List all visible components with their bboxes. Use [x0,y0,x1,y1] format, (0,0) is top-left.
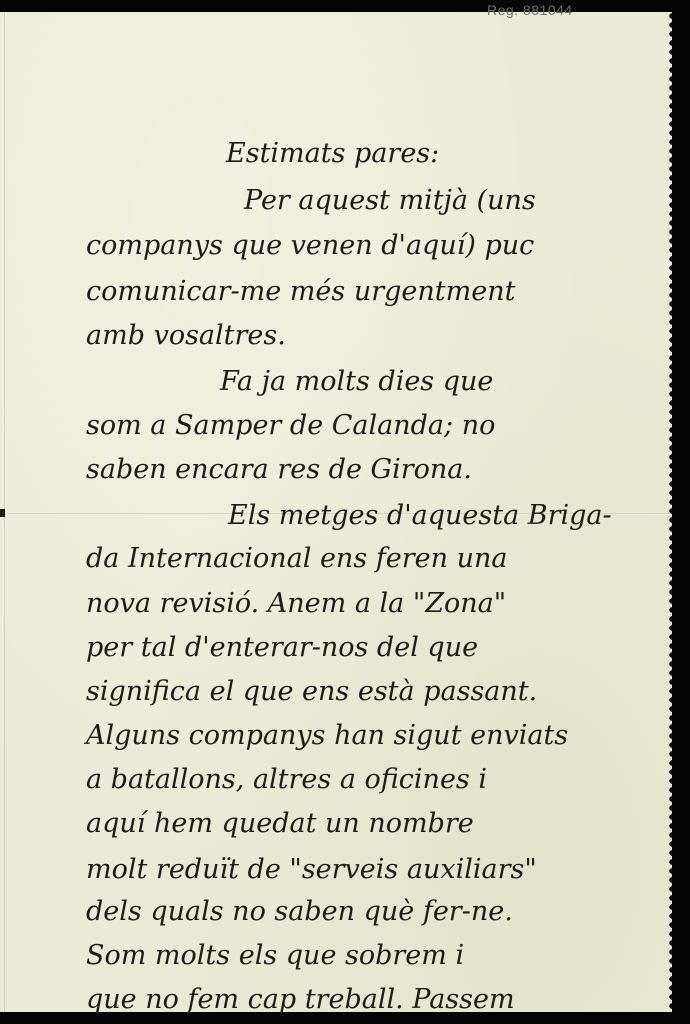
letter-line: Fa ja molts dies que [220,368,493,395]
letter-line: da Internacional ens feren una [86,545,507,572]
letter-line: Alguns companys han sigut enviats [86,722,568,749]
registry-stamp: Reg. 881044 [487,2,573,18]
letter-line: som a Samper de Calanda; no [86,412,495,439]
letter-line: que no fem cap treball. Passem [86,986,515,1013]
letter-line: saben encara res de Girona. [86,456,472,483]
letter-line: Som molts els que sobrem i [86,942,464,969]
letter-line: per tal d'enterar-nos del que [86,634,478,661]
letter-line: a batallons, altres a oficines i [86,766,487,793]
letter-line: Els metges d'aquesta Briga- [228,502,612,529]
letter-line: significa el que ens està passant. [86,678,537,705]
letter-line: amb vosaltres. [86,322,286,349]
fold-mark [0,509,5,517]
letter-line: molt reduït de "serveis auxiliars" [86,856,537,883]
letter-line: Per aquest mitjà (uns [244,187,536,214]
salutation: Estimats pares: [226,140,439,167]
letter-line: dels quals no saben què fer-ne. [86,898,513,925]
letter-line: nova revisió. Anem a la "Zona" [86,590,506,617]
letter-line: aquí hem quedat un nombre [86,810,474,837]
letter-line: comunicar-me més urgentment [86,278,515,305]
letter-line: companys que venen d'aquí) puc [86,232,534,259]
